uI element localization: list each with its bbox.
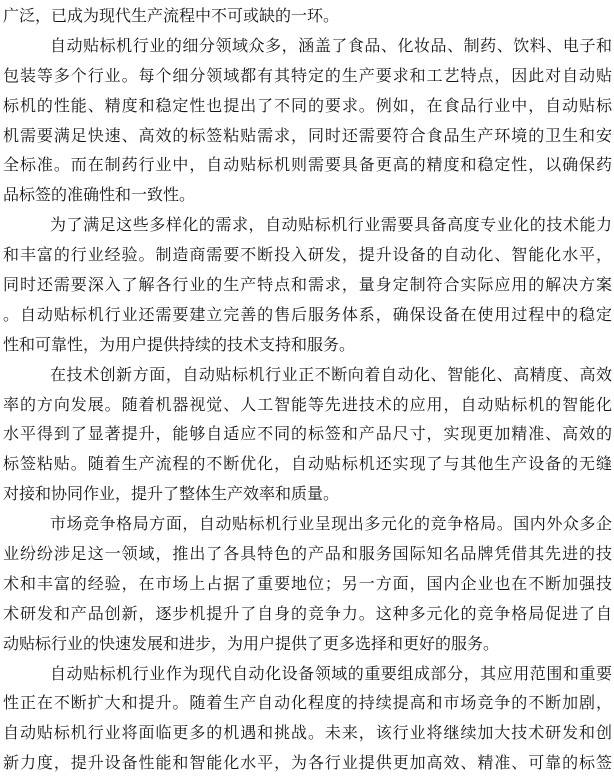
text-line: 。自动贴标机行业还需要建立完善的售后服务体系，确保设备在使用过程中的稳定 [3,301,612,331]
paragraph: 自动贴标机行业的细分领域众多，涵盖了食品、化妆品、制药、饮料、电子和包装等多个行… [3,32,612,211]
text-line: 品标签的准确性和一致性。 [3,181,612,211]
text-line: 包装等多个行业。每个细分领域都有其特定的生产要求和工艺特点，因此对自动贴 [3,62,612,92]
paragraph: 广泛，已成为现代生产流程中不可或缺的一环。 [3,2,612,32]
text-line: 水平得到了显著提升，能够自适应不同的标签和产品尺寸，实现更加精准、高效的 [3,420,612,450]
paragraph: 自动贴标机行业作为现代自动化设备领域的重要组成部分，其应用范围和重要性正在不断扩… [3,660,612,780]
text-line: 术研发和产品创新，逐步机提升了自身的竞争力。这种多元化的竞争格局促进了自 [3,600,612,630]
text-line: 术和丰富的经验，在市场上占据了重要地位；另一方面，国内企业也在不断加强技 [3,570,612,600]
text-line: 性正在不断扩大和提升。随着生产自动化程度的持续提高和市场竞争的不断加剧， [3,689,612,719]
text-line: 自动贴标机行业的细分领域众多，涵盖了食品、化妆品、制药、饮料、电子和 [3,32,612,62]
text-line: 业纷纷涉足这一领域，推出了各具特色的产品和服务国际知名品牌凭借其先进的技 [3,540,612,570]
text-line: 自动贴标机行业将面临更多的机遇和挑战。未来，该行业将继续加大技术研发和创 [3,719,612,749]
text-line: 市场竞争格局方面，自动贴标机行业呈现出多元化的竞争格局。国内外众多企 [3,510,612,540]
text-line: 新力度，提升设备性能和智能化水平，为各行业提供更加高效、精准、可靠的标签 [3,749,612,779]
text-line: 对接和协同作业，提升了整体生产效率和质量。 [3,480,612,510]
paragraph: 市场竞争格局方面，自动贴标机行业呈现出多元化的竞争格局。国内外众多企业纷纷涉足这… [3,510,612,659]
text-line: 率的方向发展。随着机器视觉、人工智能等先进技术的应用，自动贴标机的智能化 [3,391,612,421]
text-line: 性和可靠性，为用户提供持续的技术支持和服务。 [3,331,612,361]
text-line: 广泛，已成为现代生产流程中不可或缺的一环。 [3,2,612,32]
document-page: 广泛，已成为现代生产流程中不可或缺的一环。自动贴标机行业的细分领域众多，涵盖了食… [0,0,614,781]
text-line: 自动贴标机行业作为现代自动化设备领域的重要组成部分，其应用范围和重要 [3,660,612,690]
text-line: 和丰富的行业经验。制造商需要不断投入研发，提升设备的自动化、智能化水平， [3,241,612,271]
document-text: 广泛，已成为现代生产流程中不可或缺的一环。自动贴标机行业的细分领域众多，涵盖了食… [3,2,612,779]
text-line: 同时还需要深入了解各行业的生产特点和需求，量身定制符合实际应用的解决方案 [3,271,612,301]
paragraph: 在技术创新方面，自动贴标机行业正不断向着自动化、智能化、高精度、高效率的方向发展… [3,361,612,510]
text-line: 在技术创新方面，自动贴标机行业正不断向着自动化、智能化、高精度、高效 [3,361,612,391]
text-line: 动贴标行业的快速发展和进步，为用户提供了更多选择和更好的服务。 [3,630,612,660]
paragraph: 为了满足这些多样化的需求，自动贴标机行业需要具备高度专业化的技术能力和丰富的行业… [3,211,612,360]
text-line: 标签粘贴。随着生产流程的不断优化，自动贴标机还实现了与其他生产设备的无缝 [3,450,612,480]
text-line: 为了满足这些多样化的需求，自动贴标机行业需要具备高度专业化的技术能力 [3,211,612,241]
text-line: 标机的性能、精度和稳定性也提出了不同的要求。例如，在食品行业中，自动贴标 [3,92,612,122]
text-line: 机需要满足快速、高效的标签粘贴需求，同时还需要符合食品生产环境的卫生和安 [3,122,612,152]
text-line: 全标准。而在制药行业中，自动贴标机则需要具备更高的精度和稳定性，以确保药 [3,151,612,181]
